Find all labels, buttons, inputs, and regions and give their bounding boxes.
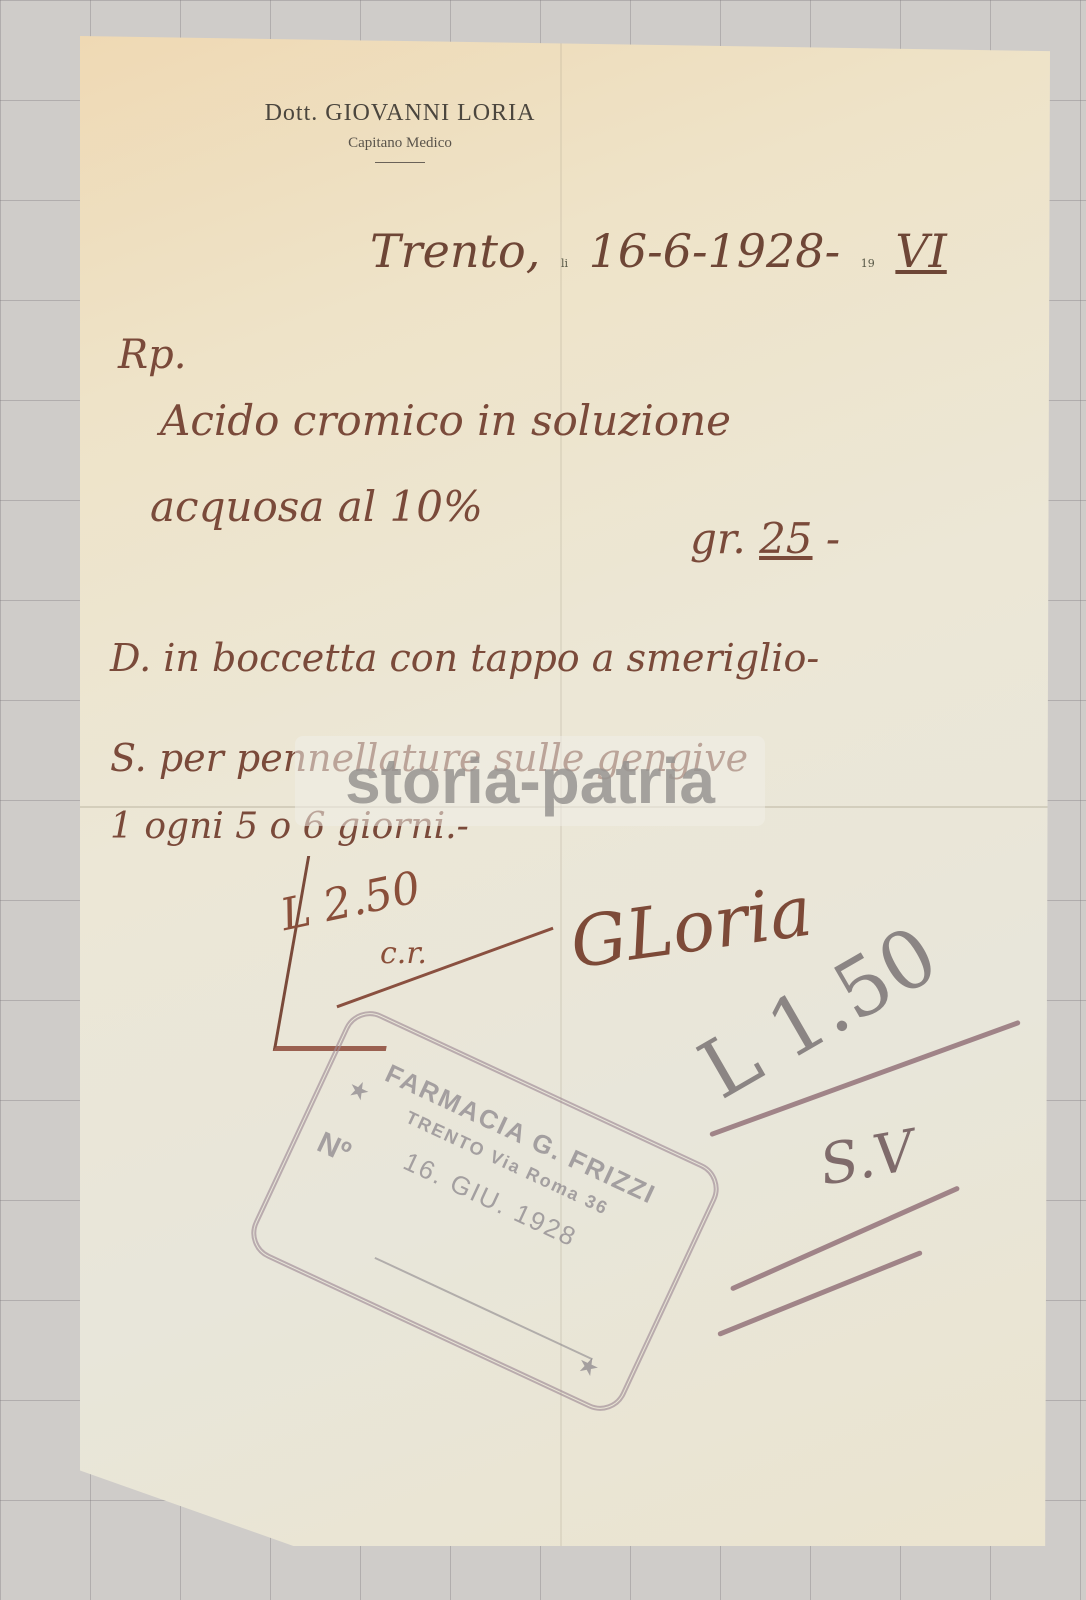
prescription-line-1: Acido cromico in soluzione <box>160 396 731 445</box>
quantity-value: 25 <box>759 514 812 563</box>
prescription-line-3: D. in boccetta con tappo a smeriglio- <box>110 636 819 680</box>
prescription-line-2: acquosa al 10% <box>150 482 483 531</box>
pencil-underline-2 <box>730 1185 960 1291</box>
prescription-quantity: gr. 25 - <box>690 514 840 563</box>
rx-symbol: Rp. <box>118 332 186 378</box>
watermark: storia-patria <box>295 736 765 826</box>
place-date-line: Trento, li 16-6-1928- 19 VI <box>370 224 947 278</box>
doctor-title: Capitano Medico <box>190 135 610 152</box>
date: 16-6-1928- <box>589 224 841 278</box>
pencil-note: S.V <box>815 1118 919 1198</box>
stamp-line <box>374 1257 592 1360</box>
printed-prefix: li <box>561 257 568 270</box>
pencil-underline-3 <box>717 1250 923 1337</box>
printed-year-prefix: 19 <box>861 257 875 270</box>
doctor-name: Dott. GIOVANNI LORIA <box>190 100 610 127</box>
star-icon: ★ <box>572 1349 604 1384</box>
doctor-signature: GLoria <box>565 870 816 985</box>
fascist-year: VI <box>895 224 946 278</box>
place: Trento, <box>370 224 540 278</box>
letterhead-rule <box>375 162 425 163</box>
pharmacy-stamp: FARMACIA G. FRIZZI TRENTO Via Roma 36 16… <box>242 1002 728 1420</box>
quantity-suffix: - <box>826 514 840 563</box>
prescription-paper: Dott. GIOVANNI LORIA Capitano Medico Tre… <box>80 36 1050 1546</box>
quantity-unit: gr. <box>690 514 746 563</box>
fee-note: c.r. <box>380 936 427 971</box>
letterhead: Dott. GIOVANNI LORIA Capitano Medico <box>190 100 610 163</box>
